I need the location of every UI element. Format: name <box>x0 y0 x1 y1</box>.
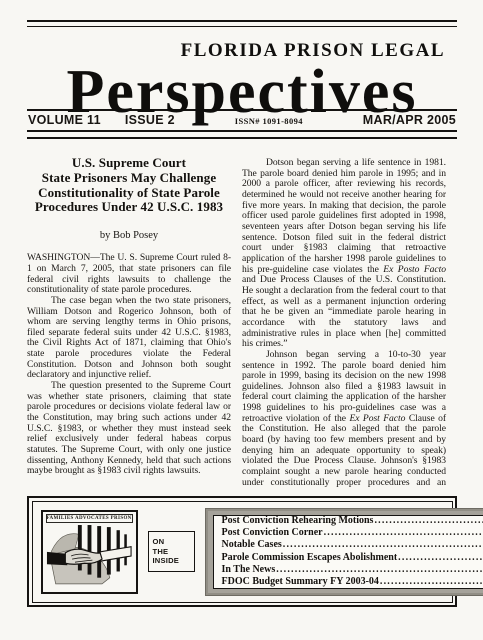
handshake-through-bars-illustration <box>46 524 133 588</box>
toc-item-label: Notable Cases <box>222 539 282 551</box>
toc-leader-dots: ........................................… <box>276 564 483 576</box>
label-line: ON <box>153 537 190 547</box>
paragraph: Johnson began serving a 10-to-30 year se… <box>242 350 446 487</box>
toc-item-label: Parole Commission Escapes Abolishment <box>222 552 398 564</box>
top-rule <box>27 20 457 27</box>
toc-list: Post Conviction Rehearing Motions ......… <box>213 515 483 589</box>
paragraph: Dotson began serving a life sentence in … <box>242 158 446 350</box>
toc-item: In The News.............................… <box>222 564 483 576</box>
lead-article: U.S. Supreme Court State Prisoners May C… <box>27 151 457 487</box>
toc-item-label: In The News <box>222 564 276 576</box>
text-segment: The case began when the two state prison… <box>27 295 231 381</box>
families-illustration-frame: FAMILIES ADVOCATES PRISONERS <box>41 510 138 594</box>
headline-line: State Prisoners May Challenge <box>27 171 231 186</box>
label-line: THE <box>153 547 190 557</box>
article-left-column: U.S. Supreme Court State Prisoners May C… <box>27 151 231 487</box>
paragraph: The case began when the two state prison… <box>27 296 231 381</box>
headline-line: Procedures Under 42 U.S.C. 1983 <box>27 200 231 215</box>
header-bottom-rule <box>27 130 457 139</box>
headline-line: Constitutionality of State Parole <box>27 186 231 201</box>
masthead-title: Perspectives <box>27 64 457 121</box>
toc-item: Post Conviction Rehearing Motions ......… <box>222 515 483 527</box>
toc-leader-dots: ........................................… <box>283 539 483 551</box>
toc-item-label: Post Conviction Rehearing Motions <box>222 515 374 527</box>
article-headline: U.S. Supreme Court State Prisoners May C… <box>27 156 231 215</box>
italic-text-segment: Ex Post Facto <box>349 413 405 424</box>
newsletter-front-page: FLORIDA PRISON LEGAL Perspectives VOLUME… <box>0 0 483 640</box>
italic-text-segment: Ex Posto Facto <box>383 264 446 275</box>
on-the-inside-content: FAMILIES ADVOCATES PRISONERS <box>32 501 453 603</box>
paragraph: WASHINGTON—The U. S. Supreme Court ruled… <box>27 253 231 296</box>
text-segment: WASHINGTON—The U. S. Supreme Court ruled… <box>27 252 231 295</box>
text-segment: Dotson began serving a life sentence in … <box>242 157 446 275</box>
toc-leader-dots: ........................................… <box>398 552 483 564</box>
toc-item-label: Post Conviction Corner <box>222 527 323 539</box>
label-line: INSIDE <box>153 556 190 566</box>
toc-leader-dots: ........................................… <box>374 515 483 527</box>
toc-item: Notable Cases...........................… <box>222 539 483 551</box>
text-segment: and Due Process Clauses of the U.S. Cons… <box>242 274 446 349</box>
paragraph: The question presented to the Supreme Co… <box>27 381 231 477</box>
article-right-column: Dotson began serving a life sentence in … <box>242 151 446 487</box>
toc-item: Parole Commission Escapes Abolishment...… <box>222 552 483 564</box>
article-body-left: WASHINGTON—The U. S. Supreme Court ruled… <box>27 253 231 477</box>
text-segment: Clause of the Constitution. He also alle… <box>242 413 446 487</box>
text-segment: The question presented to the Supreme Co… <box>27 380 231 476</box>
article-byline: by Bob Posey <box>27 230 231 241</box>
toc-leader-dots: ........................................… <box>380 576 483 588</box>
illustration-caption: FAMILIES ADVOCATES PRISONERS <box>46 514 133 523</box>
on-the-inside-box: FAMILIES ADVOCATES PRISONERS <box>27 496 457 607</box>
headline-line: U.S. Supreme Court <box>27 156 231 171</box>
toc-item: Post Conviction Corner..................… <box>222 527 483 539</box>
on-the-inside-label: ON THE INSIDE <box>148 531 195 572</box>
toc-item: FDOC Budget Summary FY 2003-04 .........… <box>222 576 483 588</box>
toc-item-label: FDOC Budget Summary FY 2003-04 <box>222 576 379 588</box>
toc-gray-panel: Post Conviction Rehearing Motions ......… <box>205 508 483 596</box>
toc-leader-dots: ........................................… <box>324 527 483 539</box>
